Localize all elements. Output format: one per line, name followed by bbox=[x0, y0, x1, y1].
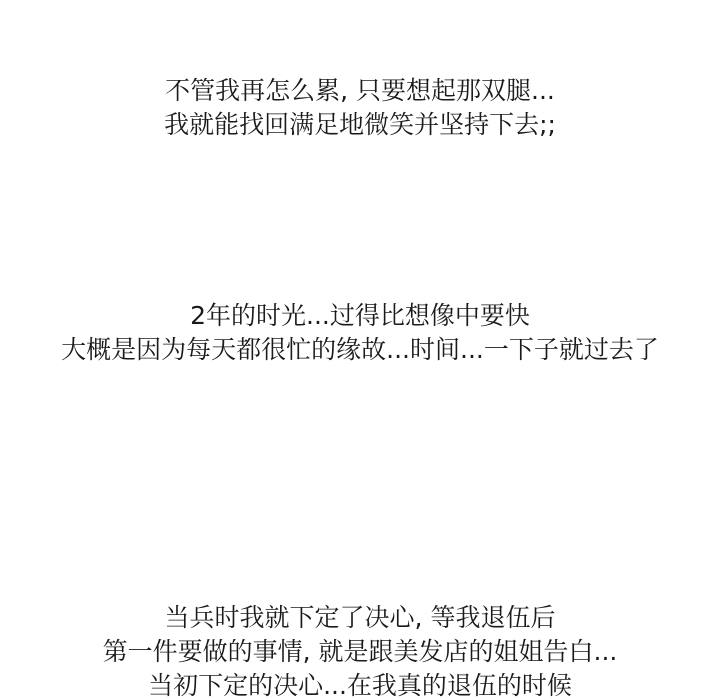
caption-line: 大概是因为每天都很忙的缘故...时间...一下子就过去了 bbox=[0, 333, 720, 367]
caption-line: 第一件要做的事情, 就是跟美发店的姐姐告白... bbox=[0, 635, 720, 669]
caption-line: 当初下定的决心...在我真的退伍的时候 bbox=[0, 669, 720, 700]
caption-block-3: 当兵时我就下定了决心, 等我退伍后 第一件要做的事情, 就是跟美发店的姐姐告白.… bbox=[0, 601, 720, 700]
caption-block-1: 不管我再怎么累, 只要想起那双腿... 我就能找回满足地微笑并坚持下去;; bbox=[0, 74, 720, 142]
caption-line: 不管我再怎么累, 只要想起那双腿... bbox=[0, 74, 720, 108]
caption-line: 当兵时我就下定了决心, 等我退伍后 bbox=[0, 601, 720, 635]
caption-block-2: 2年的时光...过得比想像中要快 大概是因为每天都很忙的缘故...时间...一下… bbox=[0, 299, 720, 367]
caption-line: 2年的时光...过得比想像中要快 bbox=[0, 299, 720, 333]
caption-line: 我就能找回满足地微笑并坚持下去;; bbox=[0, 108, 720, 142]
